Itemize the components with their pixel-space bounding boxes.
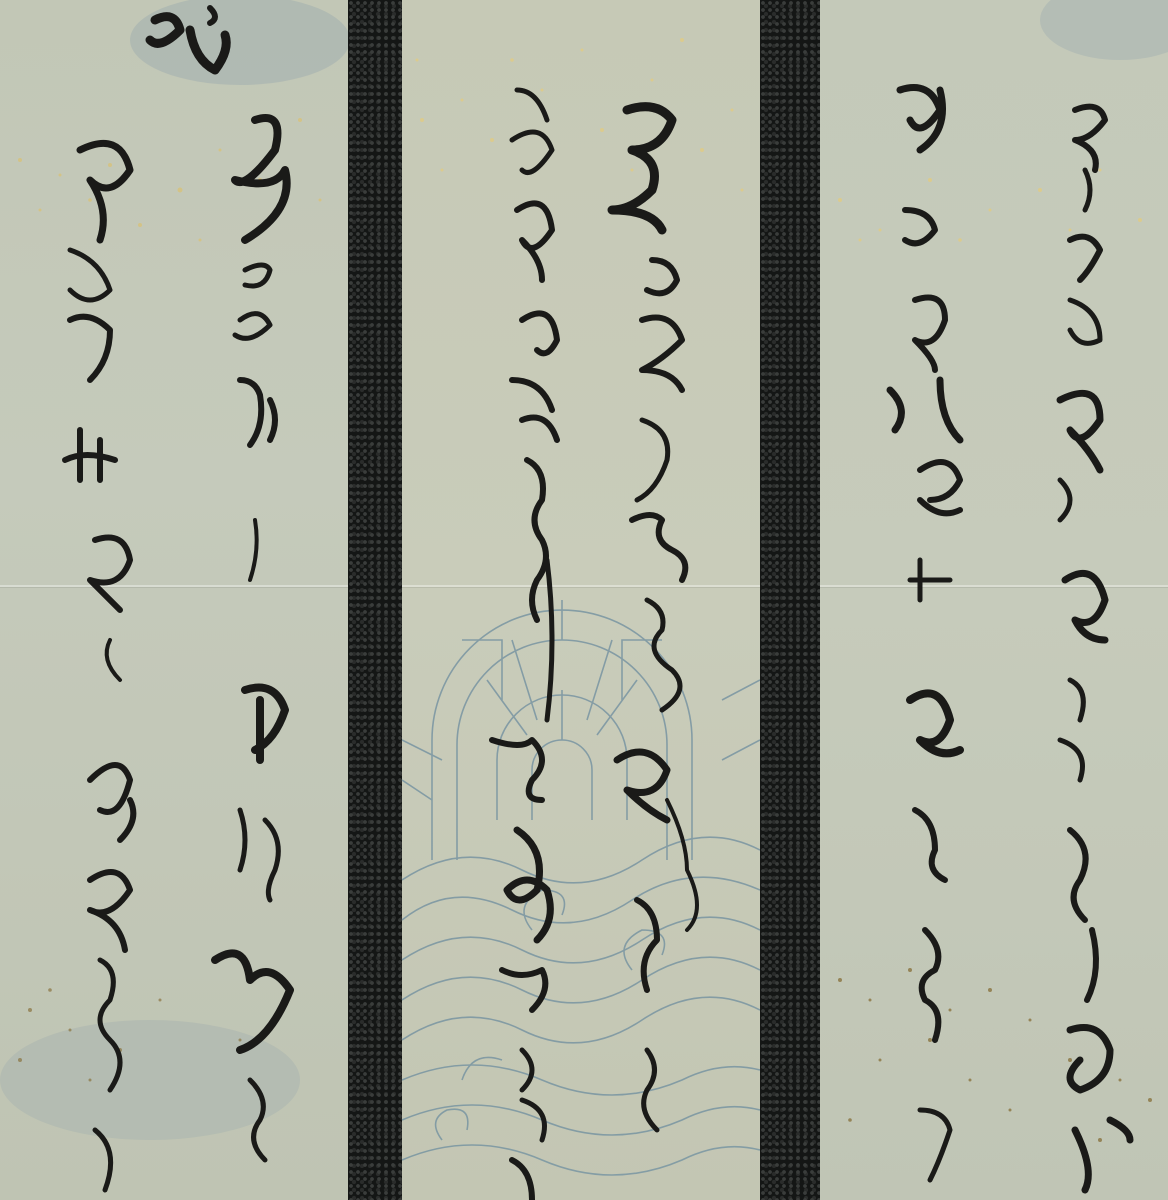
left-fabric-border	[348, 0, 402, 1200]
right-fabric-border	[760, 0, 820, 1200]
left-paper-panel	[0, 0, 348, 1200]
calligraphy-photo	[0, 0, 1168, 1200]
left-calligraphy	[0, 0, 348, 1200]
right-paper-panel	[820, 0, 1168, 1200]
center-drawing-and-calligraphy	[402, 0, 760, 1200]
center-paper-panel	[402, 0, 760, 1200]
right-calligraphy	[820, 0, 1168, 1200]
